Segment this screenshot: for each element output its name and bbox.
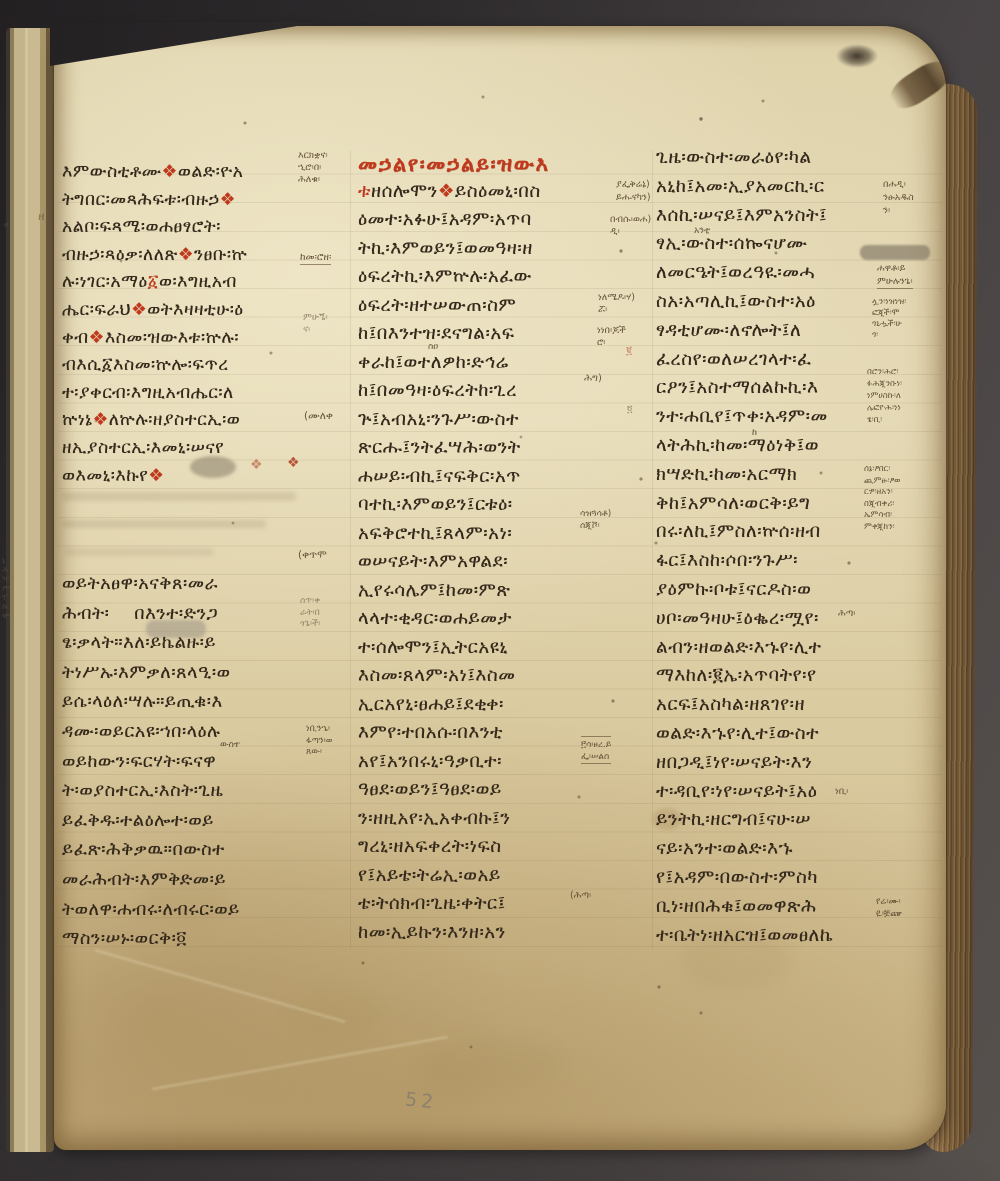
marginal-gloss-line: ንፁአዱስ [883, 191, 914, 204]
marginal-gloss-15: ሕግ) [584, 373, 602, 385]
text-line-middle-2: ቱዘሰሎሞን❖ይስዕመኒ፡በስ [358, 181, 541, 202]
text-line-left-upper-1: እምውስቲቶሙ❖ወልድ፡ዮአ [62, 162, 243, 182]
text-line-middle-28: ከመ፡ኢይኩን፡እንዘ፡አን [358, 922, 506, 943]
text-line-left-upper-2: ትግበር፡መጻሕፍቱ፡ብዙኃ❖ [62, 190, 236, 210]
marginal-gloss-line: ምሁሉንጌ፡ [877, 275, 913, 289]
text-line-middle-21: እምየ፡ተበአሱ፡በእንቲ [358, 722, 503, 743]
marginal-gloss-line: ኤምሳብ፡ [864, 510, 900, 522]
interlinear-correction-2: አንቲ [694, 226, 710, 236]
marginal-gloss-line: በጂብቀሪ፡ [864, 499, 900, 511]
marginal-gloss-line: ፄ፡ቢ፡ [867, 414, 902, 426]
marginal-gloss-11: ያፌቅሬኔ)ይሑናካን) [616, 178, 651, 204]
text-line-left-upper-12: ወእመኒ፡እኩየ❖ [62, 466, 165, 486]
text-line-left-lower-12: ትወለዋ፡ሐብሩ፡ለብሩር፡ወይ [62, 899, 240, 920]
ink-smudge-stain [836, 44, 878, 68]
foxing-spot [290, 990, 380, 1040]
text-line-right-26: የ፤አዳም፡በውስተ፡ምስካ [656, 867, 818, 888]
text-line-middle-9: ከ፤በመዓዛ፡ዕፍረትከ፡ጊረ [358, 380, 517, 401]
marginal-gloss-line: ነነበ፡ጆች [597, 325, 626, 337]
marginal-gloss-27: ነቢ፡ [835, 786, 848, 798]
marginal-gloss-13: ነለሜዶ፡ሃ)ሯ፡ [598, 292, 635, 316]
gutter-scribble-char: ኔ [2, 556, 10, 565]
marginal-gloss-line: ፎጂች፡ሞ [872, 308, 906, 319]
marginal-gloss-18: ሳዝጓሳቶ)ሰጂቮ፡ [580, 508, 611, 532]
marginal-gloss-1: እርክቋና፡ኂሮ፡በ፡ሕለቁ፡ [298, 150, 328, 186]
marginal-gloss-line: ሮ፡ [597, 337, 626, 349]
text-line-middle-8: ቀራከ፤ወተለዎከ፡ድኅሬ [358, 352, 509, 373]
text-line-right-20: አርፍ፤አስካል፡ዘጸገየ፡ዘ [656, 694, 805, 715]
marginal-gloss-line: የሬ፡ሙ፡ [876, 896, 902, 908]
text-line-middle-12: ሐሠይ፡ብኪ፤ናፍቅር፡አጥ [358, 466, 521, 487]
text-line-left-upper-11: ዘኢያስተርኢ፡እመኒ፡ሠናየ [62, 438, 224, 458]
marginal-gloss-line: ፌ፡ሠልስ [581, 751, 611, 764]
marginal-gloss-7: ሰጥ፡ቀራት፡በጎጌ፡ች፡ [300, 596, 320, 631]
marginal-gloss-line: ❖ [250, 458, 263, 472]
marginal-gloss-line: ሏን፡ነዝነዝ፡ [872, 297, 906, 308]
text-line-right-2: አኒከ፤አመ፡ኢያአመርኪ፡ር [656, 176, 825, 197]
text-line-right-10: ንተ፡ሐቢየ፤ጥቀ፡አዳም፡መ [656, 406, 828, 427]
column-rule-right [652, 150, 653, 950]
marginal-gloss-23: ሏን፡ነዝነዝ፡ፎጂች፡ሞጎኒሗች፡ሁጎ፡ [872, 297, 906, 341]
marginal-gloss-line: ይሑናካን) [616, 191, 651, 204]
marginal-gloss-line: ነቢንኄ፡ [306, 724, 332, 736]
text-line-right-16: ያዕምኩ፡ቦቱ፤ናርዶስ፡ወ [656, 579, 811, 600]
text-line-right-1: ጊዜ፡ውስተ፡መራዕየ፡ካል [656, 147, 812, 168]
column-rule-left [350, 150, 351, 950]
text-line-right-23: ተ፡ዳቢየ፡ነየ፡ሠናይት፤አዕ [656, 781, 817, 802]
facing-page-gutter-edge [6, 28, 54, 1152]
gutter-scribble-char: ሕ [2, 565, 10, 574]
interlinear-correction-1: ስዐ [428, 342, 438, 352]
text-line-right-27: ቢነ፡ዘበሕቁ፤ወመዋጽሕ [656, 896, 817, 917]
marginal-gloss-26: ሕጣ፡ [838, 608, 856, 620]
marginal-gloss-line: ጎጌ፡ች፡ [300, 619, 320, 631]
interlinear-correction-4: ውስተ [220, 740, 240, 750]
text-line-right-17: ሀቦ፡መዓዛሁ፤ዕቈረ፡ሟየ፡ [656, 608, 819, 629]
marginal-gloss-line: ኂሮ፡በ፡ [298, 162, 328, 174]
marginal-gloss-line: ሕጣ፡ [838, 608, 856, 620]
marginal-gloss-line: ሯ፡ [598, 304, 635, 316]
text-line-right-22: ዘበጋዲ፤ነየ፡ሠናይት፡እን [656, 752, 812, 773]
text-line-left-lower-5: ይሴ፡ላዕለ፡ሣሉ።ይጢቁ፡እ [62, 691, 223, 712]
marginal-gloss-line: ምሁጜ፡ [303, 312, 328, 324]
marginal-gloss-line: ዲ፡ [610, 226, 651, 238]
text-line-left-lower-2: ሕብት፡ በእንተ፡ድንጋ [62, 603, 218, 624]
text-line-left-upper-4: ብዙኃ፡ጻዕቃ፡ለለጽ❖ንፀቡ፡ኵ [62, 245, 247, 265]
marginal-gloss-28: የሬ፡ሙ፡ዪ፡ቿጬ [876, 896, 902, 920]
marginal-gloss-line: ሰጥ፡ቀ [300, 596, 320, 608]
marginal-gloss-22: ሐዋቶ፡ይምሁሉንጌ፡ [877, 262, 913, 289]
text-line-left-upper-9: ተ፡ያቀርብ፡እግዚአብሔር፡ለ [62, 383, 234, 403]
marginal-gloss-line: ጸው፡ [306, 747, 332, 759]
text-line-right-13: ቅከ፤አምሳለ፡ወርቅ፡ይግ [656, 493, 810, 514]
marginal-gloss-line: (ሕጣ፡ [570, 890, 591, 902]
text-line-right-7: ፃዳቲሆሙ፡ለኖሎት፤ለ [656, 320, 801, 341]
text-line-left-upper-6: ሔር፡ፍራህ❖ወትእዛዛቲሁ፡ዕ [62, 300, 244, 320]
marginal-gloss-line: (ሙለቀ [304, 410, 333, 422]
marginal-gloss-10: ❖ [287, 456, 300, 470]
marginal-gloss-16: ፪ [626, 345, 632, 357]
marginal-gloss-9: ❖ [250, 458, 263, 472]
gutter-scribble-char: ፕ [2, 593, 10, 602]
marginal-gloss-line: ሐዋቶ፡ይ [877, 262, 913, 275]
marginal-gloss-line: ሰኔ፡ፆበር፡ [864, 464, 900, 476]
marginal-gloss-24: በሮን፡ሕሮ፡ፉሕጂንቡነ፡ነምሀስኩ፡ለሌፎዮሕ፡ነነፄ፡ቢ፡ [867, 366, 902, 426]
gutter-scribble-char: ዣ [2, 574, 10, 583]
marginal-gloss-line: ነምሀስኩ፡ለ [867, 390, 902, 402]
marginal-gloss-3: ከመ፡ሮዘ፡ [300, 252, 331, 265]
text-line-middle-14: አፍቅሮተኪ፤ጸላም፡አነ፡ [358, 523, 512, 544]
marginal-gloss-line: ጪምፁ፡ፆወ [864, 476, 900, 488]
text-line-left-upper-7: ቀብ❖እስመ፡ዝውእቱ፡ኵሉ፡ [62, 328, 239, 348]
text-line-middle-6: ዕፍረት፡ዘተሠውጠ፡ስም [358, 295, 516, 316]
text-line-right-5: ለመርዔት፤ወረዓዪ፡መሓ [656, 262, 815, 283]
text-line-right-8: ፈረስየ፡ወለሠረገላተ፡ፈ [656, 349, 811, 370]
marginal-gloss-line: ያፌቅሬኔ) [616, 178, 651, 191]
marginal-gloss-line: ፪ [626, 345, 632, 357]
text-line-right-25: ናይ፡አንተ፡ወልድ፡እኁ [656, 838, 793, 859]
marginal-gloss-line: ነለሜዶ፡ሃ) [598, 292, 635, 304]
margin-smudge [860, 245, 930, 260]
text-line-middle-3: ዕመተ፡አፉሁ፤አዳም፡አጥባ [358, 209, 532, 230]
text-line-middle-13: ባተኪ፡እምወይን፤ርቱዕ፡ [358, 494, 513, 515]
text-line-middle-5: ዕፍረትኪ፡እምኵሉ፡አፈው [358, 266, 532, 287]
marginal-gloss-5: (ሙለቀ [304, 410, 333, 422]
ink-specks [0, 0, 2, 2]
interlinear-correction-3: ከ [752, 428, 757, 438]
text-line-left-lower-3: ፄ፡ቃላት።እለ፡ይኬልዙ፡ይ [62, 632, 216, 653]
text-line-right-4: ፃኢ፡ውስተ፡ሰኰናሆሙ [656, 233, 807, 254]
gutter-scribble-char: ም [2, 584, 10, 593]
pencil-folio-number: 52 [404, 1088, 438, 1113]
marginal-gloss-line: ራት፡በ [300, 608, 320, 620]
text-line-middle-19: እስመ፡ጸላም፡አነ፤እስመ [358, 665, 515, 686]
marginal-gloss-21: በሐዲ፡ንፁአዱስን፡ [883, 178, 914, 217]
marginal-gloss-line: ሳዝጓሳቶ) [580, 508, 611, 520]
marginal-gloss-6: (ቀጥሞ [298, 549, 327, 561]
text-line-middle-11: ጽርሑ፤ንትፈሣሕ፡ወንት [358, 437, 521, 458]
faded-flourish-smudge [190, 456, 236, 478]
marginal-gloss-line: ፉሕጂንቡነ፡ [867, 378, 902, 390]
marginal-gloss-line: በሐዲ፡ [883, 178, 914, 191]
marginal-gloss-line: ን፡ [883, 204, 914, 217]
marginal-gloss-line: ዪ፡ቿጬ [876, 908, 902, 920]
text-line-left-lower-10: ይፈጽ፡ሕቅቃዉ።በውስተ [62, 839, 225, 860]
text-line-middle-25: ግረኒ፡ዘአፍቀረት፡ነፍስ [358, 836, 502, 857]
text-line-right-28: ተ፡ቤትነ፡ዘአርዝ፤ወመፀለኬ [656, 925, 833, 946]
text-line-middle-27: ቴ፡ትሰክብ፡ጊዜ፡ቀትር፤ [358, 893, 506, 914]
text-line-right-14: በሩ፡ለኪ፤ምስለ፡ኵሰ፡ዘብ [656, 521, 821, 542]
text-line-left-lower-6: ዳሙ፡ወይርአዩ፡ኀበ፡ላዕሉ [62, 721, 220, 742]
text-line-left-upper-5: ሉ፡ነገር፡አማዕ፩ወ፡እግዚአብ [62, 272, 237, 292]
marginal-gloss-19: ፫ሳ፡ፀረ.ይፌ፡ሠልስ [581, 736, 611, 764]
text-line-middle-20: ኢርአየኒ፡ፀሐይ፤ደቂቀ፡ [358, 694, 504, 715]
gutter-scribble-1: ዞ [4, 220, 8, 229]
text-line-left-lower-4: ትነሥኡ፡እምቃለ፡ጸላዒ፡ወ [62, 662, 231, 683]
text-line-left-upper-10: ኵነኔ❖ለኵሉ፡ዘያስተርኢ፡ወ [62, 410, 240, 430]
marginal-gloss-line: ፋጣን፡ወ [306, 736, 332, 748]
marginal-gloss-2: ዘ [38, 210, 45, 223]
text-line-middle-16: ኢየሩሳሌም፤ከመ፡ምጽ [358, 580, 510, 601]
text-line-left-lower-9: ይፈቅዱ፡ተልዕሎተ፡ወይ [62, 810, 214, 831]
text-line-right-21: ወልድ፡እኁየ፡ሊተ፤ውስተ [656, 723, 819, 744]
marginal-gloss-12: በብሱ፡ወሐ)ዲ፡ [610, 214, 651, 238]
ink-bleedthrough [62, 492, 296, 501]
marginal-gloss-line: እርክቋና፡ [298, 150, 328, 162]
marginal-gloss-line: ጎኒሗች፡ሁ [872, 319, 906, 330]
text-line-right-19: ማእከለ፡፪ኤ፡አጥባትየ፡የ [656, 665, 817, 686]
text-line-left-upper-8: ብእሲ፩እስመ፡ኵሎ፡ፍጥረ [62, 355, 229, 375]
marginal-gloss-line: ሕለቁ፡ [298, 174, 328, 186]
gutter-scribble-char: ቊ [2, 611, 10, 620]
text-line-left-lower-8: ት፡ወያስተርኢ፡እስት፡ጊዜ [62, 780, 223, 801]
marginal-gloss-4: ምሁጜ፡ና፡ [303, 312, 328, 336]
text-line-middle-7: ከ፤በእንተዝ፡ደናግል፡አፍ [358, 323, 514, 344]
gutter-scribble-char: ሉ [2, 602, 10, 611]
text-line-middle-4: ትኪ፡እምወይን፤ወመዓዛ፡ዘ [358, 238, 533, 259]
marginal-gloss-line: በሮን፡ሕሮ፡ [867, 366, 902, 378]
text-line-left-lower-13: ማስን፡ሠኑ፡ወርቅ፡፬ [62, 928, 187, 949]
text-line-right-18: ልብን፡ዘወልድ፡እኁየ፡ሊተ [656, 637, 821, 658]
marginal-gloss-line: ሕግ) [584, 373, 602, 385]
text-line-right-11: ላትሕኪ፡ከመ፡ማዕነቅ፤ወ [656, 435, 819, 456]
text-line-middle-17: ላላተ፡ቂዳር፡ወሐይመታ [358, 608, 512, 629]
gutter-scribble-2: ኔሕዣምፕሉቊ [2, 556, 10, 620]
text-line-right-9: ርዖን፤አስተማሰልኩኪ፡እ [656, 377, 818, 398]
text-line-left-lower-1: ወይትአፀዋ፡አናቅጸ፡መራ [62, 573, 218, 594]
ink-bleedthrough [62, 520, 266, 528]
manuscript-photograph: እምውስቲቶሙ❖ወልድ፡ዮአትግበር፡መጻሕፍቱ፡ብዙኃ❖አልቦ፡ፍጻሜ፡ወሐፀ… [0, 0, 1000, 1181]
marginal-gloss-line: ምቀጂከን፡ [864, 522, 900, 534]
marginal-gloss-20: (ሕጣ፡ [570, 890, 591, 902]
marginal-gloss-line: ዘ [38, 210, 45, 223]
text-line-middle-24: ን፡ዘዚአየ፡ኢአቀብኩ፤ን [358, 808, 510, 829]
text-line-right-6: ስአ፡አጣሊኪ፤ውስተ፡አዕ [656, 291, 816, 312]
text-line-middle-1: መኃልየ፡መኃልይ፡ዝውእ [358, 152, 550, 177]
text-line-left-lower-7: ወይከውን፡ፍርሃት፡ፍናዋ [62, 751, 216, 772]
text-line-middle-15: ወሠናይት፡እምአዋልደ፡ [358, 551, 508, 572]
marginal-gloss-8: ነቢንኄ፡ፋጣን፡ወጸው፡ [306, 724, 332, 759]
marginal-gloss-line: ርፇ፡ዘአን፡ [864, 487, 900, 499]
text-line-middle-23: ዓፀደ፡ወይን፤ዓፀደ፡ወይ [358, 779, 502, 800]
marginal-gloss-line: በብሱ፡ወሐ) [610, 214, 651, 226]
text-line-left-lower-11: መራሕብት፡እምቅድመ፡ይ [62, 869, 226, 890]
marginal-gloss-line: ፫ሳ፡ፀረ.ይ [581, 739, 611, 751]
text-line-right-12: ክሣድኪ፡ከመ፡አርማክ [656, 464, 797, 485]
gutter-scribble-char: ዞ [4, 220, 8, 229]
text-line-right-15: ፋር፤እስከ፡ሶበ፡ንጉሥ፡ [656, 550, 798, 571]
marginal-gloss-line: ከመ፡ሮዘ፡ [300, 252, 331, 265]
text-line-left-upper-3: አልቦ፡ፍጻሜ፡ወሐፀፃሮት፡ [62, 217, 221, 237]
text-line-middle-18: ተ፡ሰሎሞን፤ኢትርአዩኒ [358, 637, 508, 658]
text-line-right-24: ይንትኪ፡ዘርግብ፤ናሁ፡ሠ [656, 809, 811, 830]
marginal-gloss-line: ጎ፡ [872, 330, 906, 341]
marginal-gloss-line: ❖ [287, 456, 300, 470]
marginal-gloss-17: ፬ [627, 404, 633, 416]
ink-bleedthrough [64, 548, 214, 556]
marginal-gloss-line: ፬ [627, 404, 633, 416]
marginal-gloss-14: ነነበ፡ጆችሮ፡ [597, 325, 626, 349]
text-line-middle-22: አየ፤አንበሩኒ፡ዓቃቢተ፡ [358, 751, 502, 772]
marginal-gloss-line: ሰጂቮ፡ [580, 520, 611, 532]
marginal-gloss-line: ሌፎዮሕ፡ነነ [867, 402, 902, 414]
marginal-gloss-line: (ቀጥሞ [298, 549, 327, 561]
marginal-gloss-25: ሰኔ፡ፆበር፡ጪምፁ፡ፆወርፇ፡ዘአን፡በጂብቀሪ፡ኤምሳብ፡ምቀጂከን፡ [864, 464, 900, 533]
marginal-gloss-line: ና፡ [303, 324, 328, 336]
text-line-middle-26: የ፤አይቴ፡ትሬኢ፡ወአይ [358, 865, 501, 886]
text-line-right-3: እሰኪ፡ሠናይ፤እምአንስት፤ [656, 205, 827, 226]
text-line-middle-10: ጕ፤አብአኒ፡ንጉሥ፡ውስተ [358, 409, 519, 430]
foxing-spot [420, 1040, 560, 1090]
marginal-gloss-line: ነቢ፡ [835, 786, 848, 798]
